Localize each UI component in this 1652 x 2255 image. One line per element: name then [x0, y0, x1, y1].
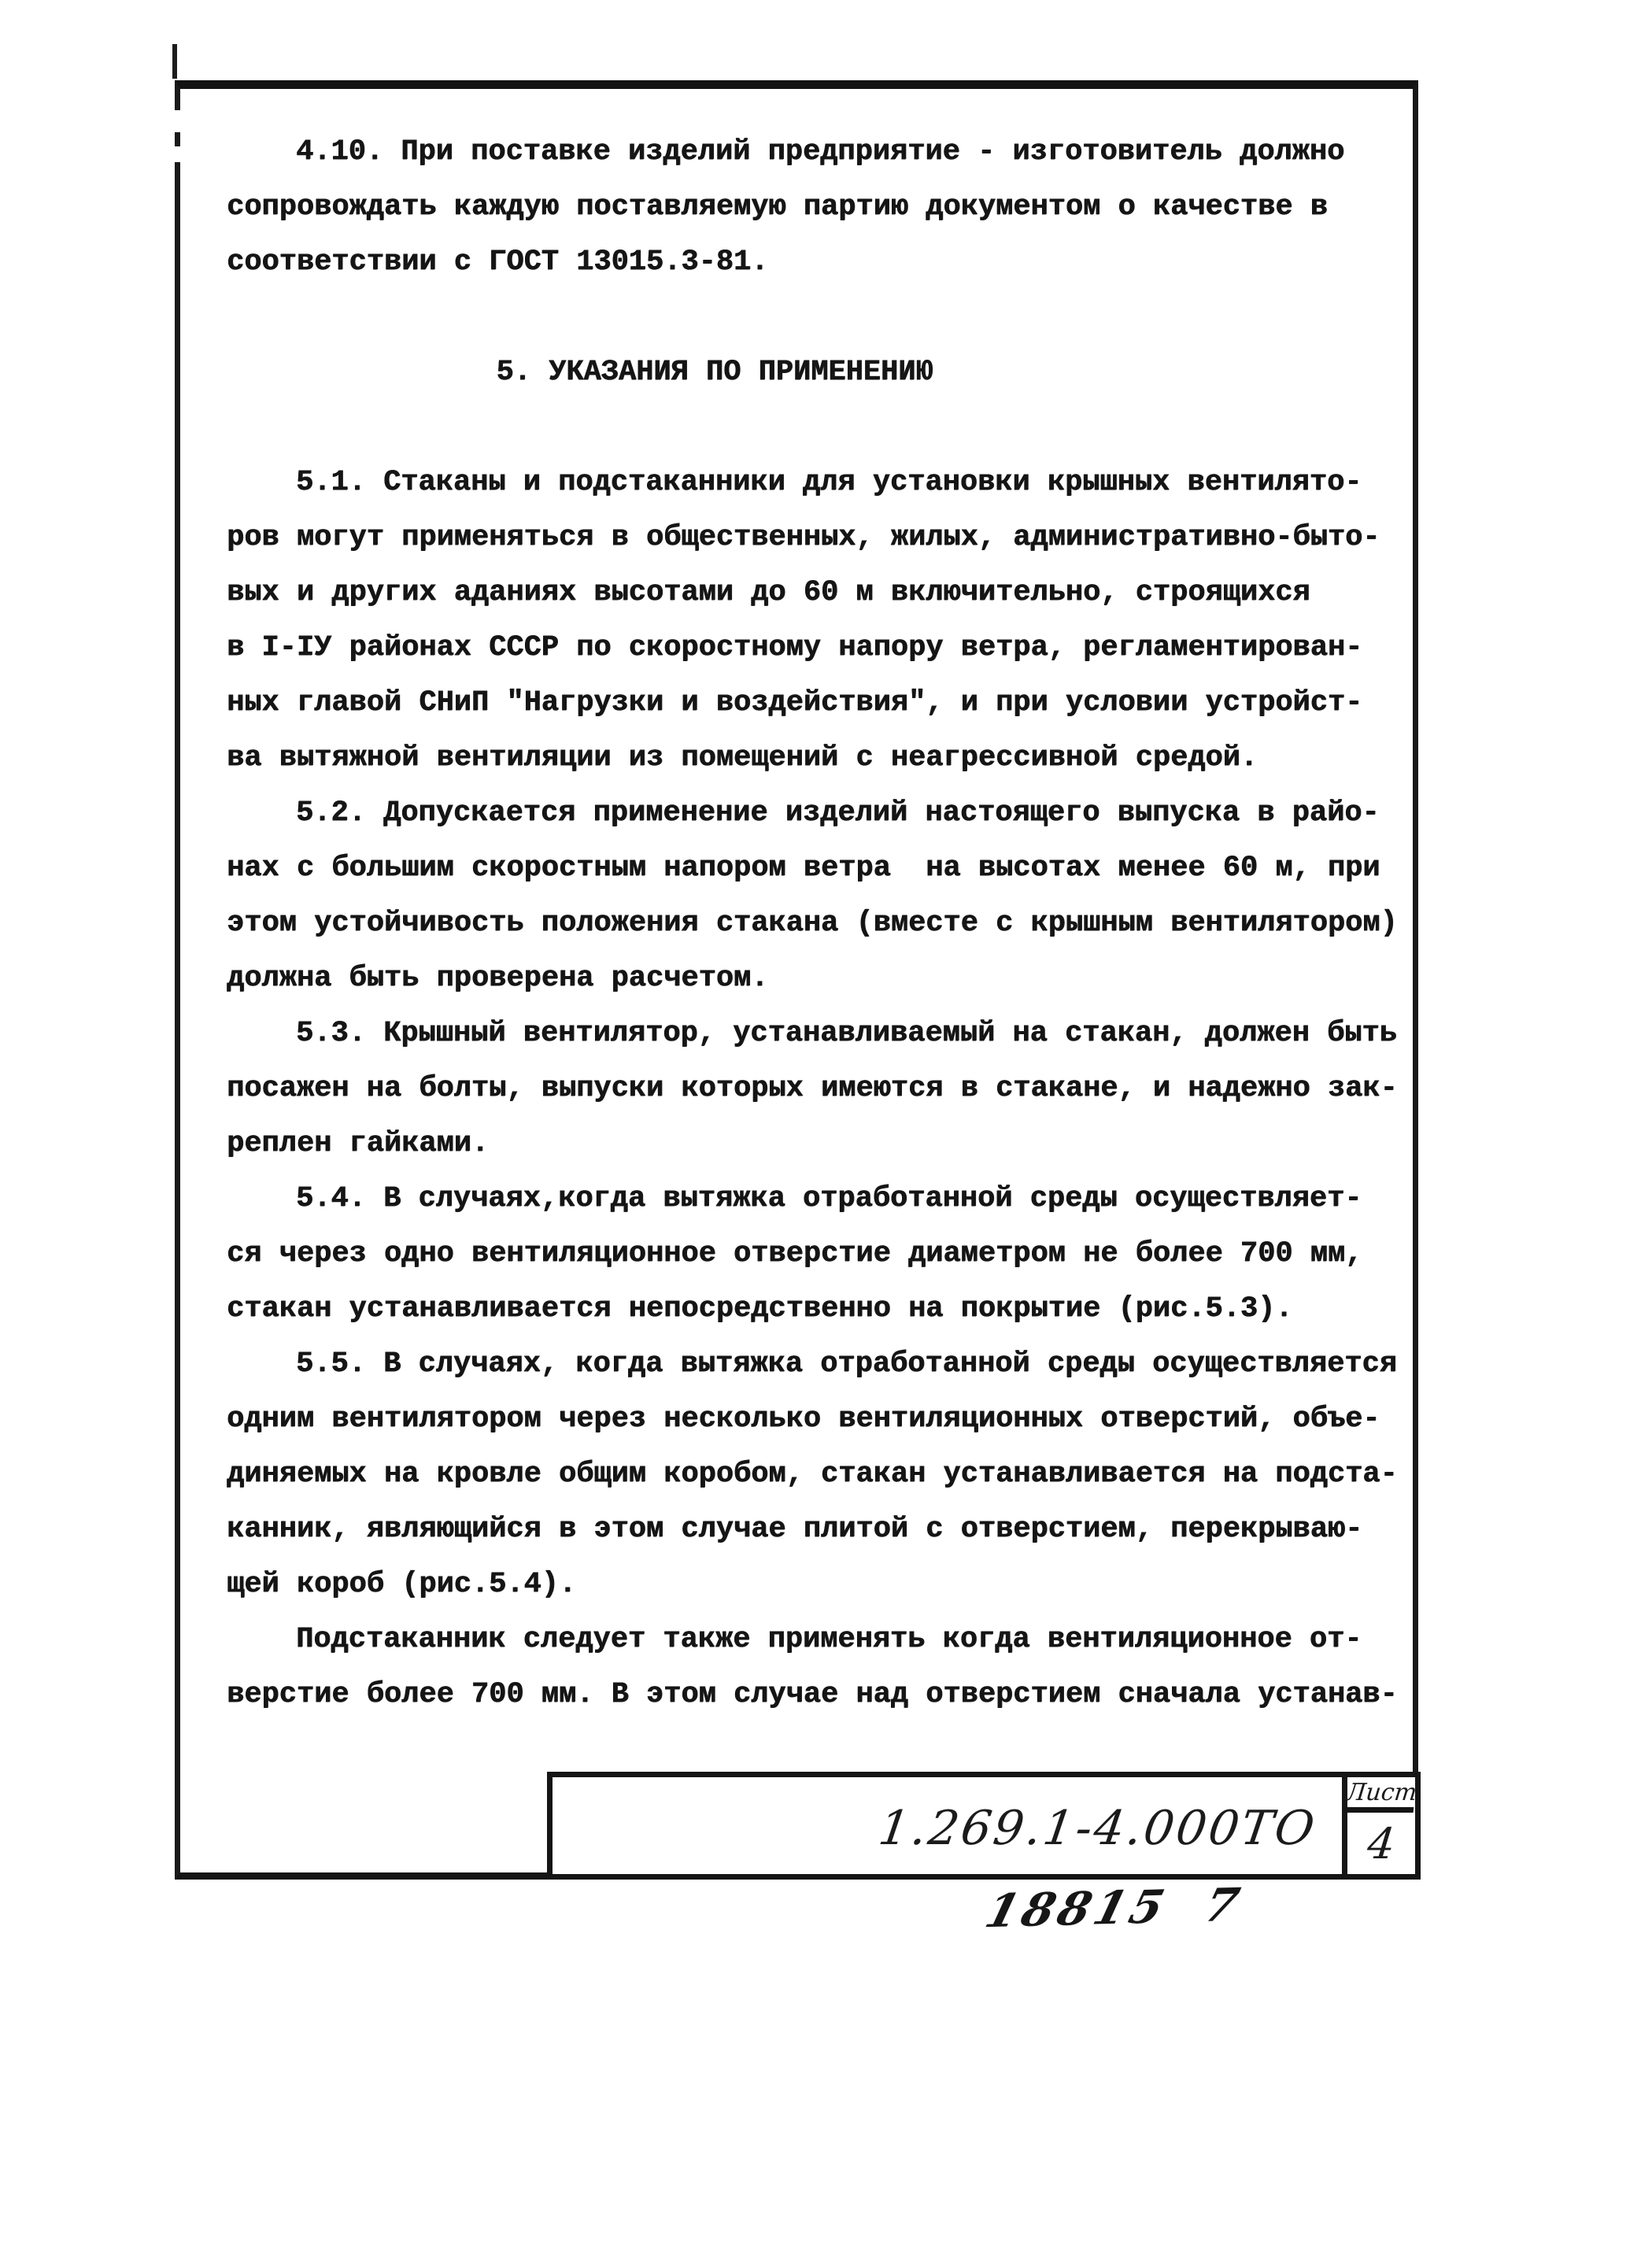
paragraph-line: одним вентилятором через несколько венти…: [227, 1392, 1399, 1447]
sheet-number: 4: [1344, 1813, 1418, 1874]
paragraph-line: нах с большим скоростным напором ветра н…: [227, 841, 1399, 896]
paragraph-line: 5.4. В случаях,когда вытяжка отработанно…: [227, 1171, 1399, 1226]
paragraph-line: 4.10. При поставке изделий предприятие -…: [227, 124, 1399, 179]
handwritten-note: 18815 7: [980, 1878, 1248, 1938]
sheet-box: Лист 4: [1342, 1777, 1415, 1874]
title-block: 1.269.1-4.000ТО Лист 4: [547, 1772, 1421, 1880]
sheet-label: Лист: [1346, 1777, 1417, 1813]
scanned-document-page: 4.10. При поставке изделий предприятие -…: [0, 0, 1652, 2255]
paragraph-line: верстие более 700 мм. В этом случае над …: [227, 1667, 1399, 1722]
paragraph-line: сопровождать каждую поставляемую партию …: [227, 179, 1399, 235]
paragraph-line: должна быть проверена расчетом.: [227, 951, 1399, 1006]
paragraph-line: реплен гайками.: [227, 1116, 1399, 1171]
paragraph-line: 5.3. Крышный вентилятор, устанавливаемый…: [227, 1006, 1399, 1061]
paragraph-line: этом устойчивость положения стакана (вме…: [227, 896, 1399, 951]
paragraph-line: ных главой СНиП "Нагрузки и воздействия"…: [227, 675, 1399, 730]
section-heading: 5. УКАЗАНИЯ ПО ПРИМЕНЕНИЮ: [227, 345, 1399, 400]
paragraph-line: посажен на болты, выпуски которых имеютс…: [227, 1061, 1399, 1116]
frame-border-gap: [170, 110, 184, 132]
paragraph-line: ва вытяжной вентиляции из помещений с не…: [227, 730, 1399, 786]
paragraph-line: щей короб (рис.5.4).: [227, 1557, 1399, 1612]
paragraph-line: соответствии с ГОСТ 13015.3-81.: [227, 235, 1399, 290]
paragraph-line: стакан устанавливается непосредственно н…: [227, 1281, 1399, 1336]
paragraph-line: 5.5. В случаях, когда вытяжка отработанн…: [227, 1336, 1399, 1392]
paragraph-line: Подстаканник следует также применять ког…: [227, 1612, 1399, 1667]
paragraph-line: канник, являющийся в этом случае плитой …: [227, 1502, 1399, 1557]
paragraph-line: 5.2. Допускается применение изделий наст…: [227, 786, 1399, 841]
paragraph-line: ров могут применяться в общественных, жи…: [227, 510, 1399, 565]
paragraph-line: вых и других аданиях высотами до 60 м вк…: [227, 565, 1399, 620]
document-body: 4.10. При поставке изделий предприятие -…: [227, 124, 1399, 1722]
paragraph-line: 5.1. Стаканы и подстаканники для установ…: [227, 455, 1399, 510]
paragraph-line: ся через одно вентиляционное отверстие д…: [227, 1226, 1399, 1281]
paragraph-line: диняемых на кровле общим коробом, стакан…: [227, 1447, 1399, 1502]
paragraph-line: в I-IУ районах СССР по скоростному напор…: [227, 620, 1399, 675]
document-number: 1.269.1-4.000ТО: [875, 1801, 1320, 1856]
frame-border-gap: [170, 146, 184, 162]
scan-artifact-tick: [172, 44, 177, 79]
